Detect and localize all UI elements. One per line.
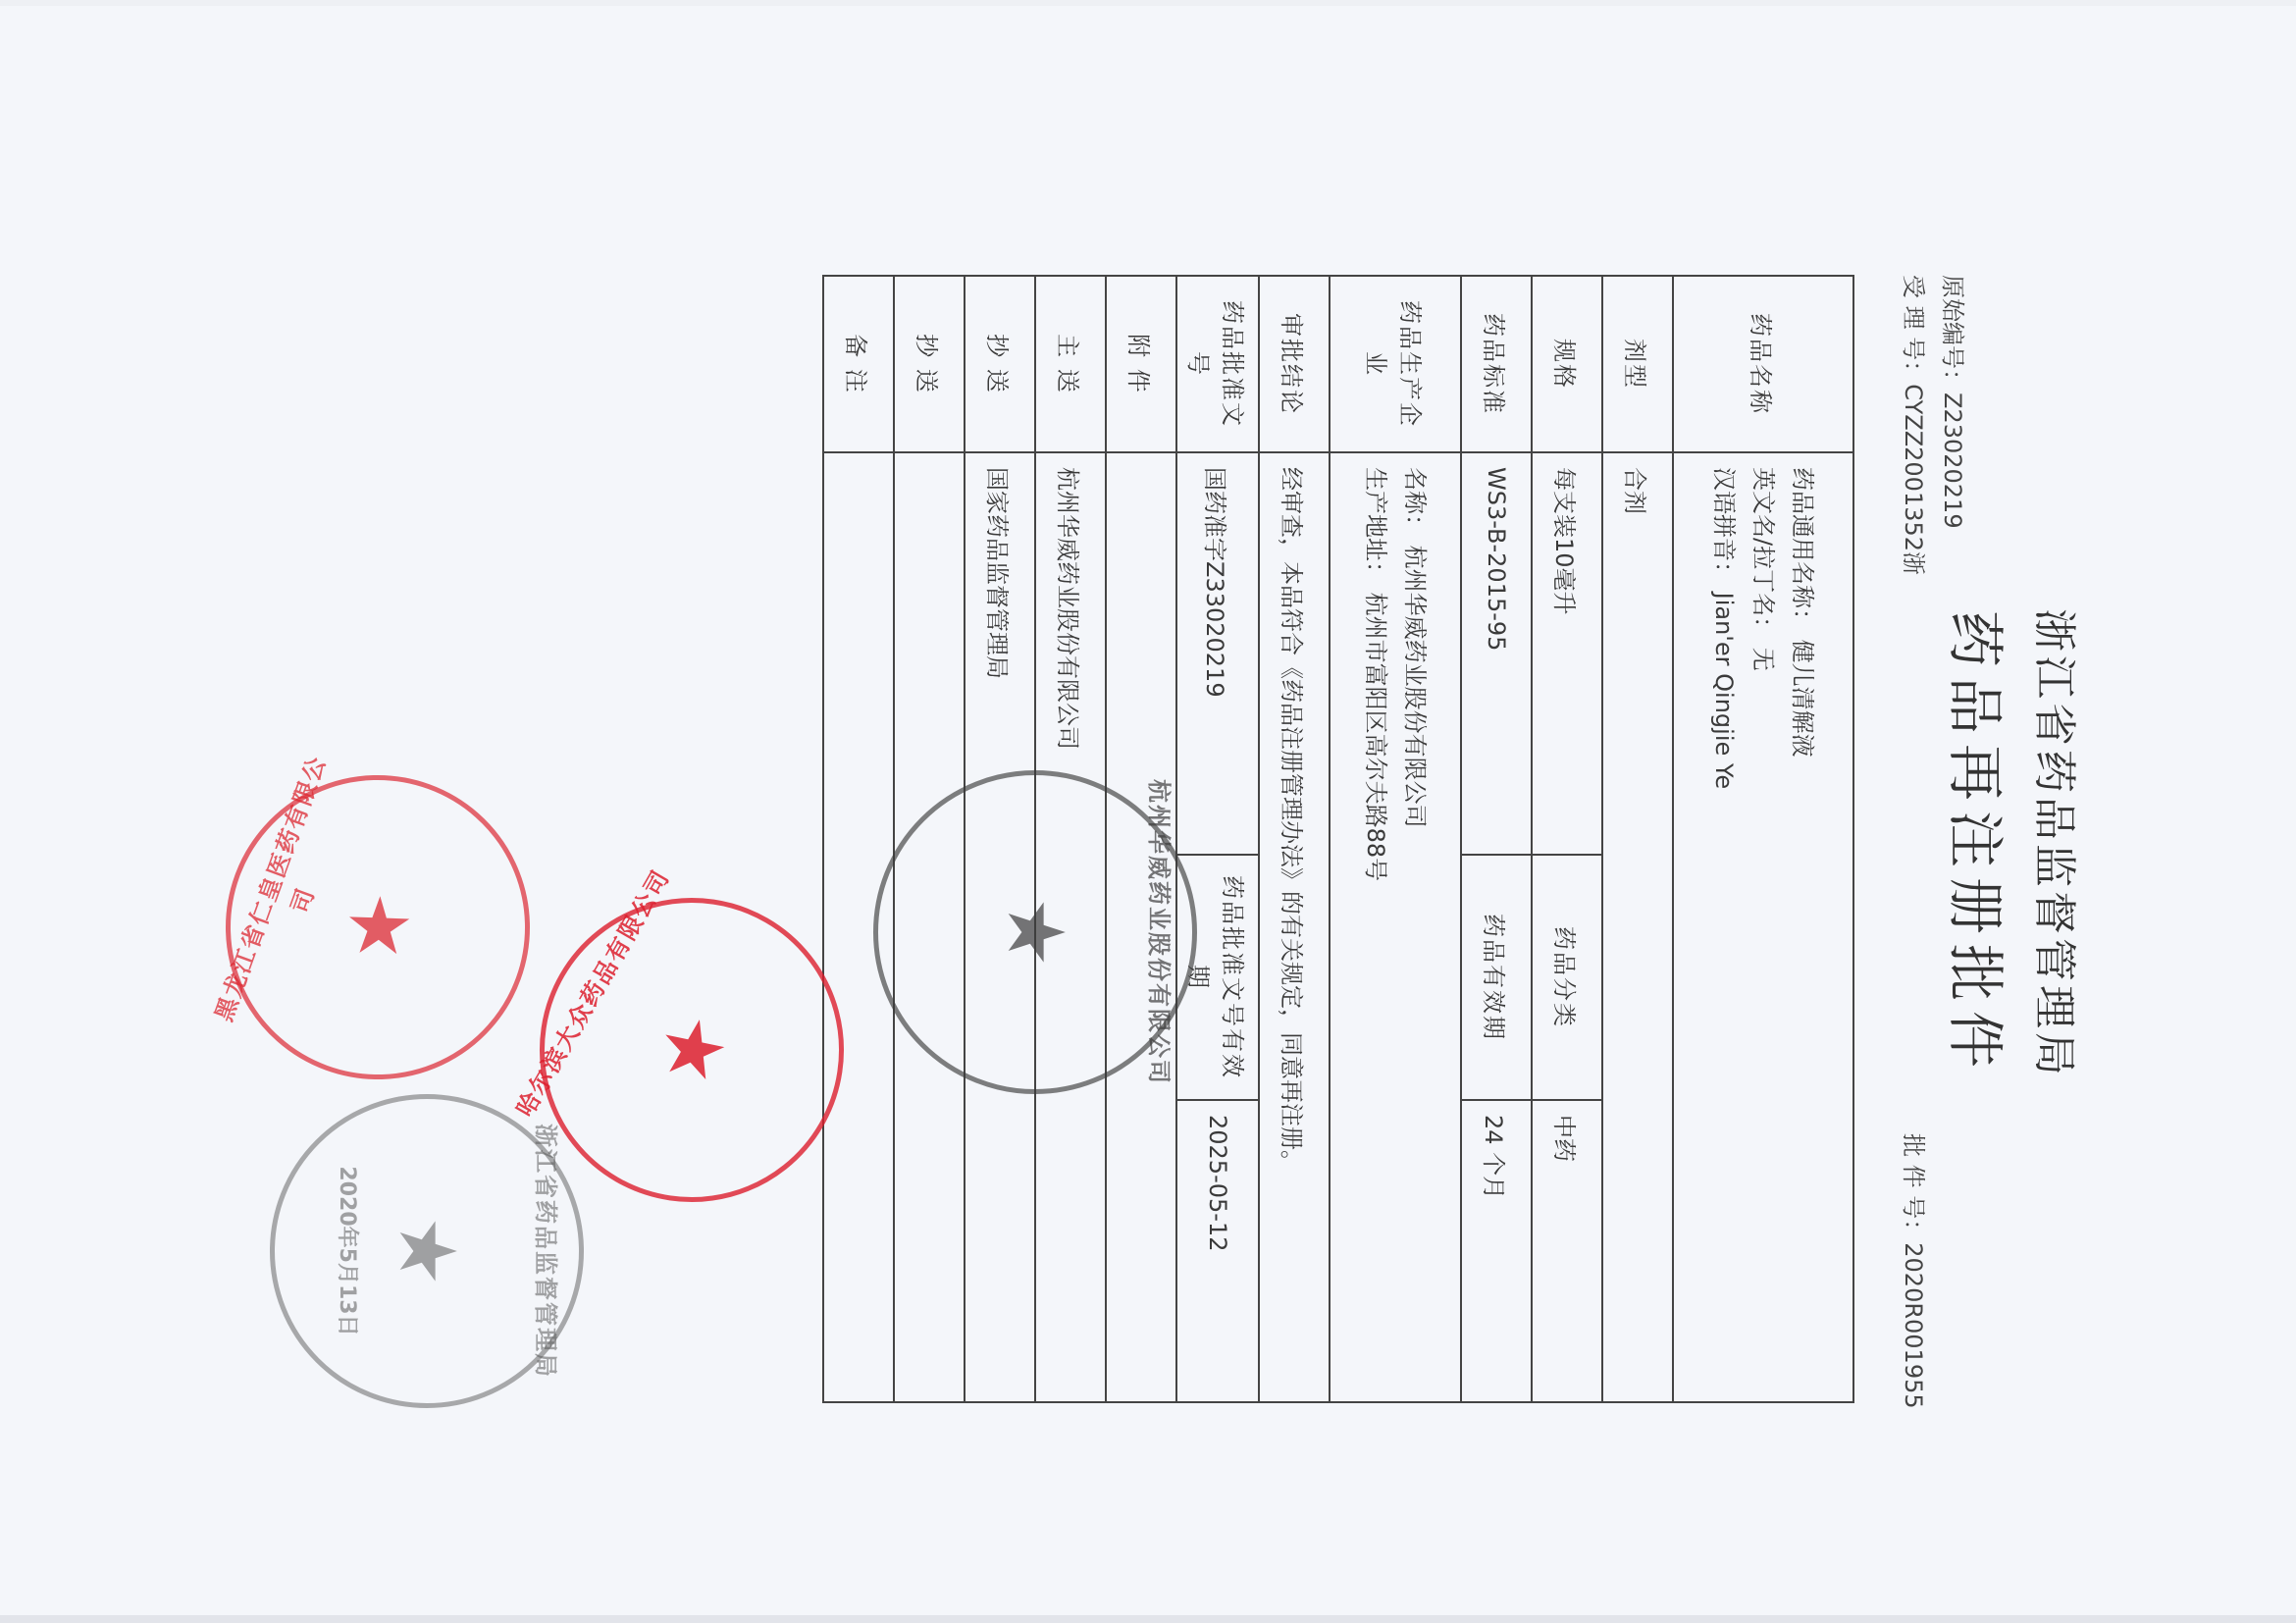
approval-valid-value: 2025-05-12 <box>1176 1100 1259 1402</box>
star-icon: ★ <box>640 1000 743 1100</box>
generic-name: 药品通用名称： 健儿清解液 <box>1783 467 1822 1387</box>
row-remarks: 备 注 <box>823 276 894 1402</box>
conclusion-label: 审批结论 <box>1259 276 1330 452</box>
star-icon: ★ <box>329 881 427 974</box>
dosage-form-value: 合剂 <box>1602 452 1673 1402</box>
pinyin-name: 汉语拼音： Jian'er Qingjie Ye <box>1704 467 1744 1387</box>
approval-number-value: 2020R001955 <box>1900 1242 1927 1408</box>
original-number: 原始编号：Z23020219 <box>1938 275 1972 529</box>
row-approval-doc: 药品批准文号 国药准字Z33020219 药品批准文号有效期 2025-05-1… <box>1176 276 1259 1402</box>
star-icon: ★ <box>996 897 1074 968</box>
category-value: 中药 <box>1532 1100 1602 1402</box>
authority-title: 浙江省药品监督管理局 <box>2027 147 2090 1541</box>
star-icon: ★ <box>388 1216 466 1286</box>
row-conclusion: 审批结论 经审查，本品符合《药品注册管理办法》的有关规定，同意再注册。 <box>1259 276 1330 1402</box>
conclusion-value: 经审查，本品符合《药品注册管理办法》的有关规定，同意再注册。 <box>1259 452 1330 1402</box>
scan-bottom-edge <box>0 1615 2296 1623</box>
approval-number: 批 件 号：2020R001955 <box>1899 1133 1933 1409</box>
original-number-label: 原始编号： <box>1939 275 1966 393</box>
red-company-seal-1: 黑龙江省仁皇医药有限公司 ★ <box>183 732 572 1122</box>
validity-label: 药品有效期 <box>1461 855 1532 1100</box>
manufacturer-address: 生产地址： 杭州市富阳区高尔夫路88号 <box>1356 467 1395 1387</box>
remarks-label: 备 注 <box>823 276 894 452</box>
english-name: 英文名/拉丁名： 无 <box>1744 467 1783 1387</box>
seal-text: 浙江省药品监督管理局 <box>531 1099 565 1403</box>
seal-date: 2020年5月13日 <box>334 1099 364 1403</box>
approval-number-label: 批 件 号： <box>1900 1133 1927 1242</box>
copy-label: 抄 送 <box>965 276 1035 452</box>
acceptance-number-value: CYZZ2001352浙 <box>1900 384 1927 575</box>
spec-value: 每支装10毫升 <box>1532 452 1602 855</box>
seal-text: 杭州华威药业股份有限公司 <box>1144 775 1178 1089</box>
row-manufacturer: 药品生产企业 名称： 杭州华威药业股份有限公司 生产地址： 杭州市富阳区高尔夫路… <box>1330 276 1461 1402</box>
approval-doc-label: 药品批准文号 <box>1176 276 1259 452</box>
dosage-form-label: 剂型 <box>1602 276 1673 452</box>
seal-text: 哈尔滨大众药品有限公司 <box>502 856 679 1127</box>
approval-doc-value: 国药准字Z33020219 <box>1176 452 1259 855</box>
row-drug-name: 药品名称 药品通用名称： 健儿清解液 英文名/拉丁名： 无 汉语拼音： Jian… <box>1673 276 1853 1402</box>
main-send-label: 主 送 <box>1035 276 1106 452</box>
row-spec: 规格 每支装10毫升 药品分类 中药 <box>1532 276 1602 1402</box>
row-standard: 药品标准 WS3-B-2015-95 药品有效期 24 个月 <box>1461 276 1532 1402</box>
attachment-label: 附 件 <box>1106 276 1176 452</box>
manufacturer-label: 药品生产企业 <box>1330 276 1461 452</box>
manufacturer-name: 名称： 杭州华威药业股份有限公司 <box>1395 467 1435 1387</box>
standard-value: WS3-B-2015-95 <box>1461 452 1532 855</box>
spec-label: 规格 <box>1532 276 1602 452</box>
standard-label: 药品标准 <box>1461 276 1532 452</box>
drug-name-cell: 药品通用名称： 健儿清解液 英文名/拉丁名： 无 汉语拼音： Jian'er Q… <box>1673 452 1853 1402</box>
row-dosage-form: 剂型 合剂 <box>1602 276 1673 1402</box>
drug-name-label: 药品名称 <box>1673 276 1853 452</box>
acceptance-number-label: 受 理 号： <box>1900 275 1927 384</box>
original-number-value: Z23020219 <box>1939 393 1966 529</box>
manufacturer-seal: 杭州华威药业股份有限公司 ★ <box>873 770 1197 1094</box>
cc-label: 抄 送 <box>894 276 965 452</box>
validity-value: 24 个月 <box>1461 1100 1532 1402</box>
manufacturer-cell: 名称： 杭州华威药业股份有限公司 生产地址： 杭州市富阳区高尔夫路88号 <box>1330 452 1461 1402</box>
authority-seal: 浙江省药品监督管理局 ★ 2020年5月13日 <box>270 1094 584 1408</box>
category-label: 药品分类 <box>1532 855 1602 1100</box>
scan-top-edge <box>0 0 2296 6</box>
acceptance-number: 受 理 号：CYZZ2001352浙 <box>1899 275 1933 575</box>
